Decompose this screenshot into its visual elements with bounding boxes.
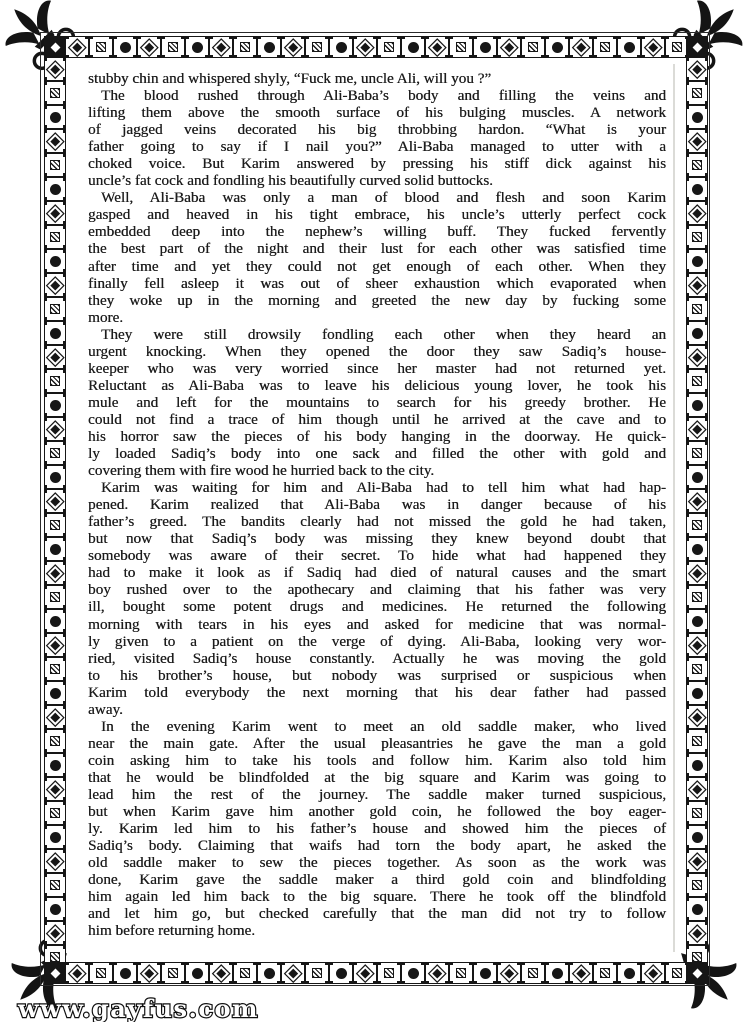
- text-line: to his brother’s house, but nobody was s…: [88, 667, 666, 684]
- bar-divider-icon: [687, 389, 707, 397]
- bar-divider-icon: [45, 437, 65, 445]
- text-line: ill, bought some potent drugs and medici…: [88, 598, 666, 615]
- border-unit: [381, 963, 405, 983]
- bar-divider-icon: [325, 37, 333, 57]
- border-unit: [45, 181, 65, 205]
- text-line: father’s greed. The bandits clearly had …: [88, 513, 666, 530]
- border-unit: [405, 963, 429, 983]
- bar-divider-icon: [687, 101, 707, 109]
- border-unit: [687, 421, 707, 445]
- bar-divider-icon: [205, 963, 213, 983]
- text-line: mule and left for the mountains to searc…: [88, 394, 666, 411]
- border-unit: [45, 781, 65, 805]
- bar-divider-icon: [687, 629, 707, 637]
- hatch-icon: [597, 963, 613, 983]
- bar-divider-icon: [45, 773, 65, 781]
- border-unit: [687, 781, 707, 805]
- border-corner-block: [686, 36, 708, 58]
- bar-divider-icon: [565, 963, 573, 983]
- decorative-border-bottom: [44, 962, 708, 984]
- border-unit: [117, 963, 141, 983]
- bar-divider-icon: [687, 677, 707, 685]
- border-unit: [165, 37, 189, 57]
- text-line: morning with tears in his eyes and asked…: [88, 616, 666, 633]
- hatch-icon: [687, 301, 707, 317]
- hatch-icon: [45, 661, 65, 677]
- diamond-icon: [69, 963, 85, 983]
- border-unit: [687, 445, 707, 469]
- border-unit: [45, 637, 65, 661]
- bar-divider-icon: [205, 37, 213, 57]
- text-line: In the evening Karim went to meet an old…: [88, 718, 666, 735]
- disc-icon: [189, 963, 205, 983]
- diamond-icon: [687, 133, 707, 149]
- border-unit: [45, 445, 65, 469]
- border-unit: [687, 349, 707, 373]
- bar-divider-icon: [687, 197, 707, 205]
- bar-divider-icon: [325, 963, 333, 983]
- diamond-icon: [645, 37, 661, 57]
- border-unit: [687, 205, 707, 229]
- border-unit: [93, 37, 117, 57]
- bar-divider-icon: [397, 963, 405, 983]
- text-line: keeper who was very worried since her ma…: [88, 360, 666, 377]
- diamond-icon: [357, 37, 373, 57]
- border-unit: [309, 963, 333, 983]
- bar-divider-icon: [277, 37, 285, 57]
- bar-divider-icon: [469, 37, 477, 57]
- bar-divider-icon: [517, 37, 525, 57]
- text-line: had to make it look as if Sadiq had died…: [88, 564, 666, 581]
- diamond-icon: [692, 42, 702, 52]
- bar-divider-icon: [687, 413, 707, 421]
- border-unit: [687, 469, 707, 493]
- bar-divider-icon: [45, 869, 65, 877]
- bar-divider-icon: [687, 533, 707, 541]
- border-unit: [45, 541, 65, 565]
- text-line: pened. Karim realized that Ali-Baba was …: [88, 496, 666, 513]
- bar-divider-icon: [109, 963, 117, 983]
- disc-icon: [405, 37, 421, 57]
- bar-divider-icon: [687, 797, 707, 805]
- diamond-icon: [45, 565, 65, 581]
- border-unit: [45, 421, 65, 445]
- border-unit: [45, 661, 65, 685]
- border-unit: [687, 565, 707, 589]
- diamond-icon: [687, 709, 707, 725]
- diamond-icon: [45, 493, 65, 509]
- bar-divider-icon: [687, 869, 707, 877]
- border-unit: [333, 37, 357, 57]
- hatch-icon: [687, 805, 707, 821]
- border-unit: [45, 133, 65, 157]
- border-unit: [213, 37, 237, 57]
- disc-icon: [45, 757, 65, 773]
- text-line: away.: [88, 701, 666, 718]
- hatch-icon: [687, 373, 707, 389]
- hatch-icon: [165, 963, 181, 983]
- bar-divider-icon: [45, 917, 65, 925]
- bar-divider-icon: [253, 37, 261, 57]
- border-unit: [45, 397, 65, 421]
- border-unit: [687, 757, 707, 781]
- disc-icon: [687, 325, 707, 341]
- bar-divider-icon: [373, 963, 381, 983]
- bar-divider-icon: [687, 173, 707, 181]
- bar-divider-icon: [45, 173, 65, 181]
- disc-icon: [687, 901, 707, 917]
- border-unit: [69, 37, 93, 57]
- bar-divider-icon: [687, 725, 707, 733]
- hatch-icon: [687, 157, 707, 173]
- border-unit: [687, 325, 707, 349]
- bar-divider-icon: [45, 269, 65, 277]
- bar-divider-icon: [45, 509, 65, 517]
- border-unit: [687, 829, 707, 853]
- border-unit: [687, 877, 707, 901]
- hatch-icon: [237, 963, 253, 983]
- bar-divider-icon: [373, 37, 381, 57]
- border-unit: [501, 37, 525, 57]
- border-unit: [687, 157, 707, 181]
- diamond-icon: [501, 963, 517, 983]
- border-unit: [357, 37, 381, 57]
- border-unit: [621, 963, 645, 983]
- disc-icon: [333, 37, 349, 57]
- disc-icon: [117, 963, 133, 983]
- bar-divider-icon: [637, 963, 645, 983]
- disc-icon: [621, 963, 637, 983]
- hatch-icon: [309, 37, 325, 57]
- bar-divider-icon: [45, 197, 65, 205]
- disc-icon: [687, 685, 707, 701]
- disc-icon: [45, 325, 65, 341]
- hatch-icon: [165, 37, 181, 57]
- hatch-icon: [687, 589, 707, 605]
- bar-divider-icon: [687, 365, 707, 373]
- text-line: they woke up in the morning and greeted …: [88, 292, 666, 309]
- border-unit: [687, 493, 707, 517]
- border-unit: [429, 37, 453, 57]
- hatch-icon: [45, 229, 65, 245]
- bar-divider-icon: [637, 37, 645, 57]
- diamond-icon: [285, 37, 301, 57]
- border-unit: [597, 963, 621, 983]
- border-unit: [189, 963, 213, 983]
- border-unit: [477, 37, 501, 57]
- border-unit: [687, 373, 707, 397]
- diamond-icon: [45, 205, 65, 221]
- border-unit: [687, 229, 707, 253]
- decorative-border-top: [44, 36, 708, 58]
- disc-icon: [477, 37, 493, 57]
- bar-divider-icon: [565, 37, 573, 57]
- text-line: urgent knocking. When they opened the do…: [88, 343, 666, 360]
- disc-icon: [687, 397, 707, 413]
- diamond-icon: [687, 349, 707, 365]
- disc-icon: [687, 829, 707, 845]
- diamond-icon: [687, 61, 707, 77]
- bar-divider-icon: [45, 653, 65, 661]
- border-unit: [405, 37, 429, 57]
- border-unit: [573, 963, 597, 983]
- bar-divider-icon: [45, 845, 65, 853]
- disc-icon: [687, 109, 707, 125]
- hatch-icon: [93, 963, 109, 983]
- scanned-page: stubby chin and whispered shyly, “Fuck m…: [0, 0, 750, 1022]
- diamond-icon: [45, 61, 65, 77]
- border-unit: [45, 709, 65, 733]
- border-unit: [525, 37, 549, 57]
- paragraph: stubby chin and whispered shyly, “Fuck m…: [88, 70, 666, 87]
- border-unit: [687, 685, 707, 709]
- hatch-icon: [687, 661, 707, 677]
- hatch-icon: [45, 589, 65, 605]
- text-line: uncle’s fat cock and fondling his beauti…: [88, 172, 666, 189]
- bar-divider-icon: [687, 437, 707, 445]
- border-unit: [141, 963, 165, 983]
- bar-divider-icon: [613, 963, 621, 983]
- bar-divider-icon: [687, 653, 707, 661]
- border-unit: [45, 829, 65, 853]
- diamond-icon: [69, 37, 85, 57]
- diamond-icon: [687, 277, 707, 293]
- text-line: ly. Karim led him to his father’s house …: [88, 820, 666, 837]
- border-unit: [45, 253, 65, 277]
- diamond-icon: [45, 781, 65, 797]
- border-unit: [621, 37, 645, 57]
- bar-divider-icon: [45, 581, 65, 589]
- diamond-icon: [692, 968, 702, 978]
- border-unit: [687, 133, 707, 157]
- disc-icon: [45, 469, 65, 485]
- bar-divider-icon: [687, 317, 707, 325]
- hatch-icon: [309, 963, 325, 983]
- border-unit: [45, 733, 65, 757]
- bar-divider-icon: [687, 845, 707, 853]
- diamond-icon: [141, 963, 157, 983]
- decorative-border-right: [686, 36, 708, 984]
- border-corner-block: [686, 962, 708, 984]
- text-line: and let him go, but checked carefully th…: [88, 905, 666, 922]
- hatch-icon: [669, 37, 685, 57]
- bar-divider-icon: [45, 101, 65, 109]
- border-unit: [45, 901, 65, 925]
- bar-divider-icon: [661, 963, 669, 983]
- diamond-icon: [429, 963, 445, 983]
- disc-icon: [45, 829, 65, 845]
- text-line: the best part of the night and their lus…: [88, 240, 666, 257]
- disc-icon: [687, 541, 707, 557]
- border-unit: [687, 661, 707, 685]
- border-unit: [687, 589, 707, 613]
- bar-divider-icon: [493, 963, 501, 983]
- diamond-icon: [357, 963, 373, 983]
- border-unit: [573, 37, 597, 57]
- bar-divider-icon: [687, 821, 707, 829]
- bar-divider-icon: [687, 941, 707, 949]
- border-unit: [45, 685, 65, 709]
- disc-icon: [477, 963, 493, 983]
- border-unit: [687, 397, 707, 421]
- bar-divider-icon: [687, 149, 707, 157]
- bar-divider-icon: [45, 293, 65, 301]
- bar-divider-icon: [45, 341, 65, 349]
- border-unit: [45, 469, 65, 493]
- border-unit: [687, 925, 707, 949]
- bar-divider-icon: [45, 149, 65, 157]
- border-unit: [45, 589, 65, 613]
- border-unit: [213, 963, 237, 983]
- bar-divider-icon: [181, 963, 189, 983]
- diamond-icon: [45, 925, 65, 941]
- bar-divider-icon: [45, 725, 65, 733]
- bar-divider-icon: [517, 963, 525, 983]
- diamond-icon: [429, 37, 445, 57]
- hatch-icon: [525, 963, 541, 983]
- disc-icon: [45, 109, 65, 125]
- bar-divider-icon: [687, 341, 707, 349]
- diamond-icon: [285, 963, 301, 983]
- border-unit: [687, 109, 707, 133]
- disc-icon: [687, 757, 707, 773]
- border-unit: [45, 229, 65, 253]
- bar-divider-icon: [45, 605, 65, 613]
- bar-divider-icon: [687, 245, 707, 253]
- paragraph: In the evening Karim went to meet an old…: [88, 718, 666, 940]
- text-line: his horror saw the pieces of his body ha…: [88, 428, 666, 445]
- diamond-icon: [687, 637, 707, 653]
- bar-divider-icon: [687, 701, 707, 709]
- diamond-icon: [687, 781, 707, 797]
- diamond-icon: [687, 421, 707, 437]
- bar-divider-icon: [687, 917, 707, 925]
- hatch-icon: [687, 877, 707, 893]
- border-unit: [45, 109, 65, 133]
- bar-divider-icon: [687, 749, 707, 757]
- diamond-icon: [50, 42, 60, 52]
- bar-divider-icon: [45, 821, 65, 829]
- bar-divider-icon: [687, 605, 707, 613]
- hatch-icon: [45, 445, 65, 461]
- bar-divider-icon: [45, 941, 65, 949]
- diamond-icon: [50, 968, 60, 978]
- bar-divider-icon: [85, 963, 93, 983]
- text-line: that he would be blindfolded at the big …: [88, 769, 666, 786]
- bar-divider-icon: [45, 797, 65, 805]
- border-unit: [357, 963, 381, 983]
- bar-divider-icon: [687, 773, 707, 781]
- text-line: him before returning home.: [88, 922, 666, 939]
- text-line: him again led him back to the big square…: [88, 888, 666, 905]
- bar-divider-icon: [133, 37, 141, 57]
- hatch-icon: [687, 229, 707, 245]
- border-unit: [285, 963, 309, 983]
- bar-divider-icon: [445, 963, 453, 983]
- hatch-icon: [45, 157, 65, 173]
- disc-icon: [261, 37, 277, 57]
- bar-divider-icon: [687, 509, 707, 517]
- bar-divider-icon: [541, 963, 549, 983]
- bar-divider-icon: [687, 461, 707, 469]
- bar-divider-icon: [45, 485, 65, 493]
- bar-divider-icon: [229, 963, 237, 983]
- bar-divider-icon: [229, 37, 237, 57]
- bar-divider-icon: [421, 37, 429, 57]
- diamond-icon: [687, 853, 707, 869]
- hatch-icon: [45, 877, 65, 893]
- scan-artifact-line: [673, 64, 675, 952]
- disc-icon: [45, 397, 65, 413]
- disc-icon: [45, 253, 65, 269]
- bar-divider-icon: [301, 37, 309, 57]
- border-unit: [687, 613, 707, 637]
- border-unit: [45, 325, 65, 349]
- bar-divider-icon: [253, 963, 261, 983]
- border-unit: [45, 277, 65, 301]
- text-line: Sadiq’s body. Claiming that waifs had to…: [88, 837, 666, 854]
- hatch-icon: [453, 963, 469, 983]
- diamond-icon: [45, 349, 65, 365]
- diamond-icon: [645, 963, 661, 983]
- bar-divider-icon: [687, 77, 707, 85]
- text-line: more.: [88, 309, 666, 326]
- text-line: could not find a trace of him though unt…: [88, 411, 666, 428]
- disc-icon: [189, 37, 205, 57]
- hatch-icon: [45, 301, 65, 317]
- border-unit: [477, 963, 501, 983]
- text-line: Karim told everybody the next morning th…: [88, 684, 666, 701]
- text-line: embedded deep into the nephew’s willing …: [88, 223, 666, 240]
- hatch-icon: [93, 37, 109, 57]
- disc-icon: [687, 469, 707, 485]
- watermark: www.gayfus.com: [18, 994, 259, 1022]
- bar-divider-icon: [45, 221, 65, 229]
- disc-icon: [405, 963, 421, 983]
- border-unit: [687, 853, 707, 877]
- hatch-icon: [45, 805, 65, 821]
- disc-icon: [621, 37, 637, 57]
- bar-divider-icon: [109, 37, 117, 57]
- diamond-icon: [687, 205, 707, 221]
- diamond-icon: [687, 925, 707, 941]
- text-line: coin asking him to take his tools and fo…: [88, 752, 666, 769]
- text-line: gasped and heaved in his tight embrace, …: [88, 206, 666, 223]
- disc-icon: [45, 541, 65, 557]
- disc-icon: [261, 963, 277, 983]
- disc-icon: [549, 37, 565, 57]
- diamond-icon: [687, 493, 707, 509]
- disc-icon: [45, 685, 65, 701]
- bar-divider-icon: [687, 893, 707, 901]
- bar-divider-icon: [277, 963, 285, 983]
- border-unit: [45, 613, 65, 637]
- bar-divider-icon: [45, 677, 65, 685]
- paragraph: They were still drowsily fondling each o…: [88, 326, 666, 479]
- border-unit: [45, 85, 65, 109]
- border-unit: [453, 37, 477, 57]
- diamond-icon: [45, 277, 65, 293]
- bar-divider-icon: [45, 749, 65, 757]
- story-text: stubby chin and whispered shyly, “Fuck m…: [88, 70, 666, 939]
- paragraph: The blood rushed through Ali-Baba’s body…: [88, 87, 666, 189]
- text-line: finally fell asleep it was out of sheer …: [88, 275, 666, 292]
- border-unit: [117, 37, 141, 57]
- border-unit: [237, 37, 261, 57]
- border-unit: [45, 877, 65, 901]
- hatch-icon: [381, 37, 397, 57]
- border-unit: [261, 963, 285, 983]
